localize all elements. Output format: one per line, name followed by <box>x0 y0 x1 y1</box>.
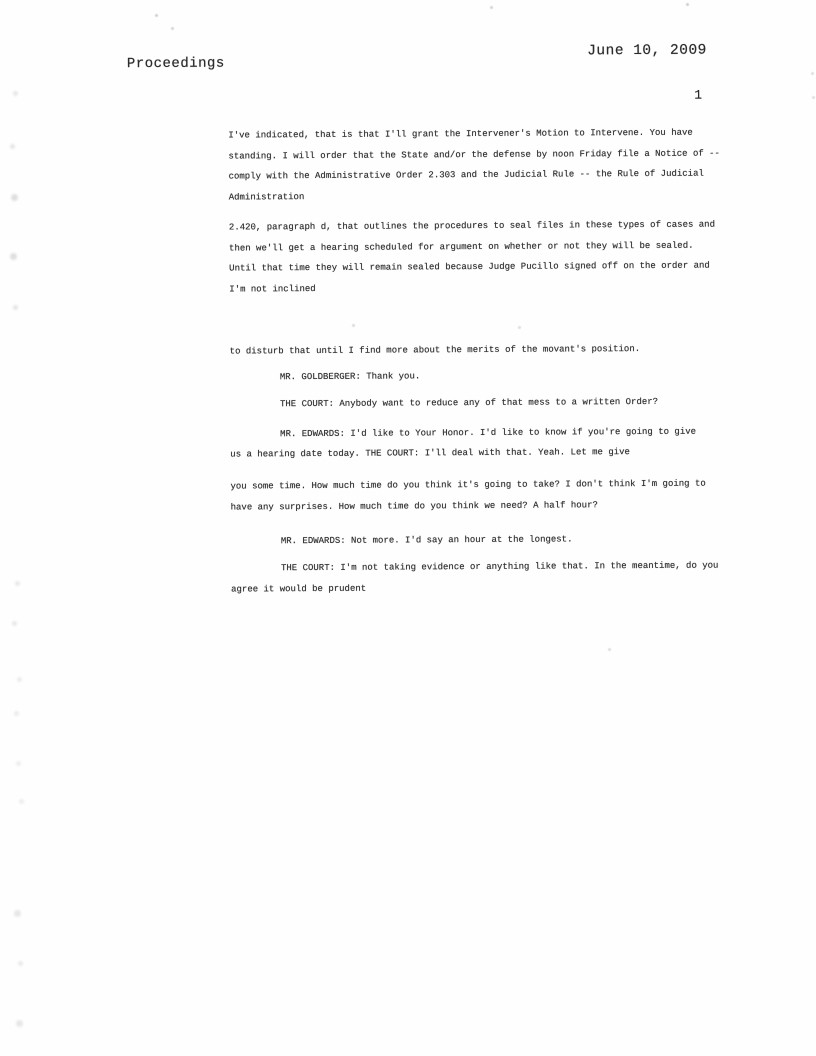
transcript-line: MR. EDWARDS: Not more. I'd say an hour a… <box>231 528 723 552</box>
scanned-content: Proceedings June 10, 2009 1 I've indicat… <box>0 0 816 1056</box>
transcript-line: standing. I will order that the State an… <box>228 143 720 167</box>
transcript-block: MR. EDWARDS: I'd like to Your Honor. I'd… <box>230 421 722 465</box>
transcript-block: MR. EDWARDS: Not more. I'd say an hour a… <box>231 528 723 552</box>
transcript-line: THE COURT: I'm not taking evidence or an… <box>231 556 723 580</box>
transcript-block: I've indicated, that is that I'll grant … <box>228 123 720 209</box>
transcript-page: Proceedings June 10, 2009 1 I've indicat… <box>0 0 816 1056</box>
transcript-block: MR. GOLDBERGER: Thank you. <box>230 365 722 389</box>
transcript-block: 2.420, paragraph d, that outlines the pr… <box>229 214 721 300</box>
transcript-line: I'm not inclined <box>229 276 721 300</box>
transcript-line: Administration <box>229 185 721 209</box>
transcript-line: THE COURT: Anybody want to reduce any of… <box>230 392 722 416</box>
transcript-block: you some time. How much time do you thin… <box>230 474 722 518</box>
page-number: 1 <box>694 88 702 103</box>
document-title: Proceedings <box>127 56 225 73</box>
transcript-line: MR. GOLDBERGER: Thank you. <box>230 365 722 389</box>
transcript-line: Until that time they will remain sealed … <box>229 256 721 280</box>
transcript-block: THE COURT: I'm not taking evidence or an… <box>231 556 723 600</box>
transcript-line: have any surprises. How much time do you… <box>231 494 723 518</box>
transcript-line: agree it would be prudent <box>231 576 723 600</box>
document-date: June 10, 2009 <box>587 43 707 60</box>
transcript-body: I've indicated, that is that I'll grant … <box>228 123 723 601</box>
transcript-block: to disturb that until I find more about … <box>230 338 722 362</box>
transcript-line: comply with the Administrative Order 2.3… <box>229 164 721 188</box>
transcript-line: to disturb that until I find more about … <box>230 338 722 362</box>
transcript-line: you some time. How much time do you thin… <box>230 474 722 498</box>
transcript-line: 2.420, paragraph d, that outlines the pr… <box>229 214 721 238</box>
transcript-block: THE COURT: Anybody want to reduce any of… <box>230 392 722 416</box>
transcript-line: then we'll get a hearing scheduled for a… <box>229 235 721 259</box>
transcript-line: us a hearing date today. THE COURT: I'll… <box>230 442 722 466</box>
transcript-line: MR. EDWARDS: I'd like to Your Honor. I'd… <box>230 421 722 445</box>
transcript-line: I've indicated, that is that I'll grant … <box>228 123 720 147</box>
